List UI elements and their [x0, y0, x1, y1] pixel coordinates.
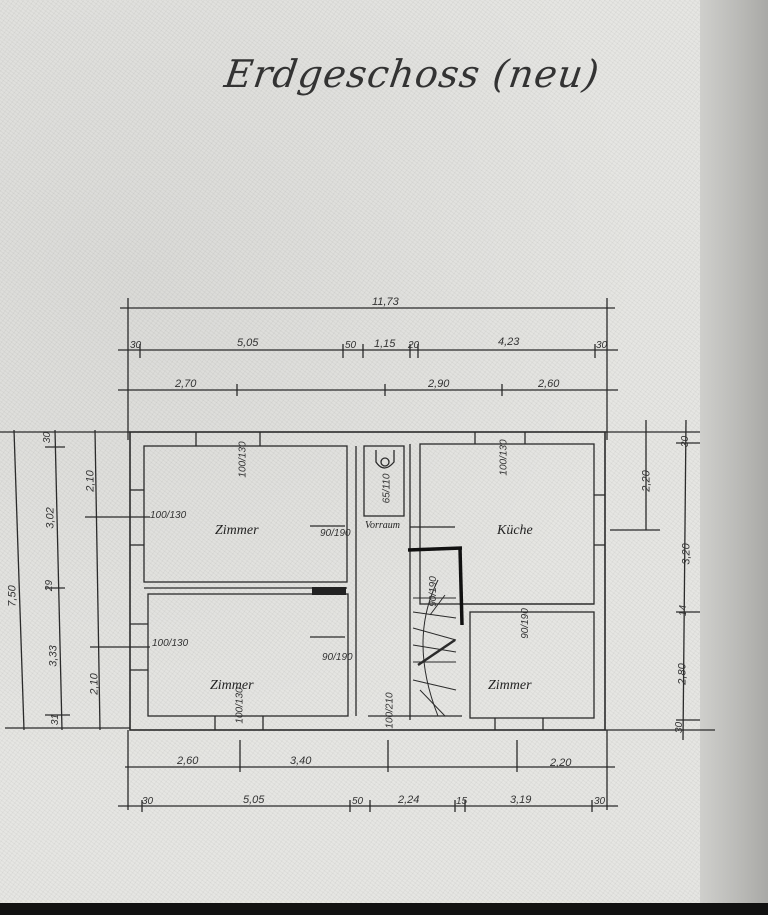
dim-bottom-3-19: 3,19 — [510, 794, 531, 806]
dim-top-4-23: 4,23 — [498, 336, 519, 348]
dim-right-wall-bottom: 30 — [674, 722, 685, 733]
room-label-zimmer-top-left: Zimmer — [215, 523, 259, 539]
dim-top-wall-left: 30 — [130, 340, 141, 351]
opening-zimmer-bottom-left-window: 100/130 — [152, 638, 188, 649]
room-label-kueche: Küche — [497, 523, 533, 539]
opening-kueche-window: 100/130 — [499, 439, 510, 475]
opening-zimmer-top-left-window: 100/130 — [150, 510, 186, 521]
dim-bottom-15: 15 — [456, 796, 467, 807]
dim-bottom-wall-left: 30 — [142, 796, 153, 807]
dim-top-5-05: 5,05 — [237, 337, 258, 349]
dim-top-1-15: 1,15 — [374, 338, 395, 350]
room-label-vorraum: Vorraum — [365, 520, 400, 531]
dim-left-2-10-top: 2,10 — [85, 470, 97, 491]
dim-bottom-wall-right: 30 — [594, 796, 605, 807]
dim-top-20: 20 — [408, 340, 419, 351]
dim-right-3-20: 3,20 — [681, 543, 693, 564]
opening-zimmer-right-door: 90/190 — [520, 608, 531, 639]
floor-plan-drawing — [0, 0, 768, 915]
dim-bottom-2-24: 2,24 — [398, 794, 419, 806]
dim-top-2-70: 2,70 — [175, 378, 196, 390]
dim-bottom-2-20: 2,20 — [550, 757, 571, 769]
dim-right-inner-2-20: 2,20 — [641, 470, 653, 491]
dim-right-wall-top: 30 — [680, 436, 691, 447]
dim-top-wall-right: 30 — [596, 340, 607, 351]
dim-left-29: 29 — [44, 580, 55, 591]
dim-left-overall: 7,50 — [7, 585, 19, 606]
dim-overall-width: 11,73 — [372, 296, 399, 308]
dim-top-2-60: 2,60 — [538, 378, 559, 390]
opening-zimmer-bottom-door: 90/190 — [322, 652, 353, 663]
opening-zimmer-top-door: 90/190 — [320, 528, 351, 539]
dim-left-3-02: 3,02 — [45, 507, 57, 528]
opening-stair-door: 90/190 — [428, 576, 439, 607]
dim-left-3-33: 3,33 — [48, 645, 60, 666]
dim-right-2-80: 2,80 — [677, 663, 689, 684]
dim-right-14: 14 — [678, 605, 689, 616]
room-label-zimmer-bottom-left: Zimmer — [210, 678, 254, 694]
dim-top-50: 50 — [345, 340, 356, 351]
opening-wc-window: 65/110 — [381, 474, 392, 504]
dim-left-wall-top: 30 — [42, 432, 53, 443]
dim-bottom-50: 50 — [352, 796, 363, 807]
dim-bottom-2-60: 2,60 — [177, 755, 198, 767]
dim-left-2-10-bottom: 2,10 — [89, 673, 101, 694]
opening-zimmer-top-window: 100/130 — [238, 441, 249, 477]
dim-left-31: 31 — [50, 714, 61, 725]
opening-zimmer-bottom-window: 100/130 — [235, 687, 246, 723]
room-label-zimmer-bottom-right: Zimmer — [488, 678, 532, 694]
dim-bottom-5-05: 5,05 — [243, 794, 264, 806]
dim-top-2-90: 2,90 — [428, 378, 449, 390]
opening-entrance-door: 100/210 — [385, 692, 396, 728]
dim-bottom-3-40: 3,40 — [290, 755, 311, 767]
